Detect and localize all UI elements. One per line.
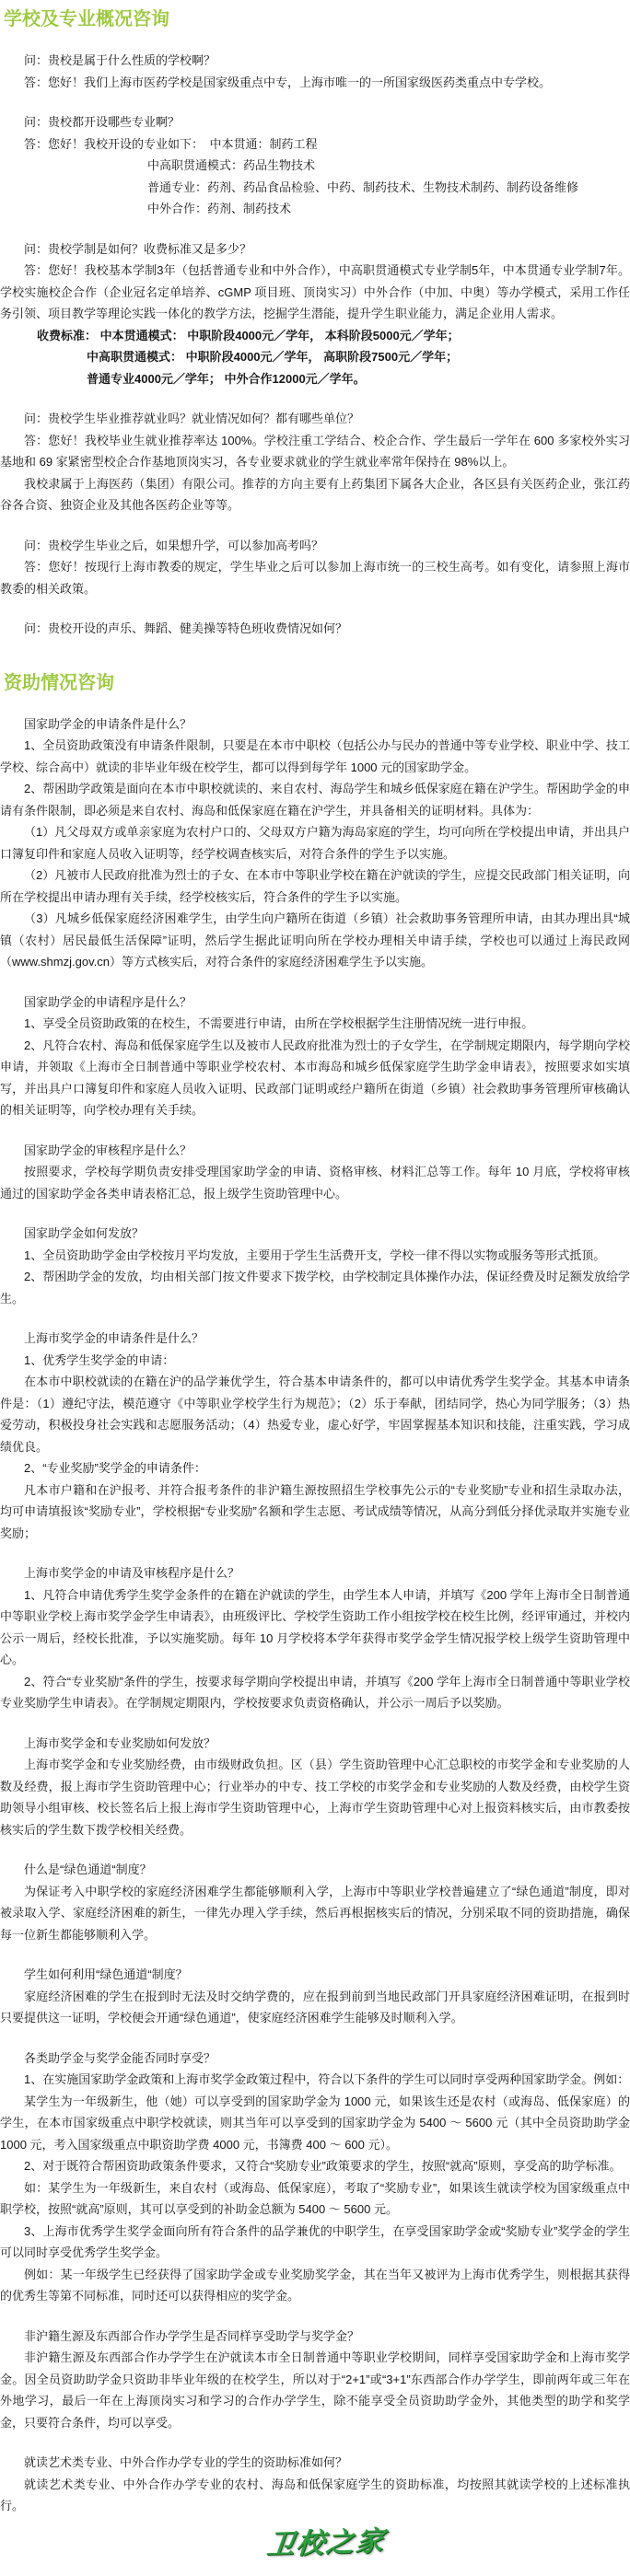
qa-answer-paragraph: （3）凡城乡低保家庭经济困难学生，由学生向户籍所在街道（乡镇）社会救助事务管理所…	[0, 908, 630, 973]
qa-answer-paragraph: 答：您好！我校毕业生就业推荐率达 100%。学校注重工学结合、校企合作、学生最后…	[0, 430, 630, 473]
qa-question: 问：贵校学制是如何？收费标准又是多少？	[0, 238, 630, 261]
qa-answer-paragraph: 在本市中职校就读的在籍在沪的品学兼优学生，符合基本申请条件的，都可以申请优秀学生…	[0, 1371, 630, 1457]
qa-answer-paragraph: 凡本市户籍和在沪报考、并符合报考条件的非沪籍生源按照招生学校事先公示的“专业奖励…	[0, 1479, 630, 1545]
qa-answer-paragraph: 2、帮困助学金的发放，均由相关部门按文件要求下拨学校，由学校制定具体操作办法，保…	[0, 1266, 630, 1309]
qa-answer-paragraph: 1、在实施国家助学金政策和上海市奖学金政策过程中，符合以下条件的学生可以同时享受…	[0, 2069, 630, 2091]
qa-question: 国家助学金的审核程序是什么？	[0, 1140, 630, 1162]
qa-answer-paragraph: 答：您好！我校基本学制3年（包括普通专业和中外合作），中高职贯通模式专业学制5年…	[0, 260, 630, 325]
faq-document: 学校及专业概况咨询问：贵校是属于什么性质的学校啊？答：您好！我们上海市医药学校是…	[0, 0, 630, 2576]
qa-answer-paragraph: 例如：某一年级学生已经获得了国家助学金或专业奖励奖学金，其在当年又被评为上海市优…	[0, 2264, 630, 2307]
sections-root: 学校及专业概况咨询问：贵校是属于什么性质的学校啊？答：您好！我们上海市医药学校是…	[0, 7, 630, 2517]
qa-subline: 中高职贯通模式：药品生物技术	[0, 155, 630, 177]
qa-question: 问：贵校学生毕业之后，如果想升学，可以参加高考吗？	[0, 535, 630, 557]
qa-answer-paragraph: 2、帮困助学政策是面向在本市中职校就读的、来自农村、海岛学生和城乡低保家庭在籍在…	[0, 778, 630, 821]
qa-answer-paragraph: 1、全员资助政策没有申请条件限制，只要是在本市中职校（包括公办与民办的普通中等专…	[0, 735, 630, 778]
qa-answer-paragraph: 2、符合“专业奖励”条件的学生，按要求每学期向学校提出申请，并填写《200 学年…	[0, 1671, 630, 1714]
qa-answer-paragraph: 我校隶属于上海医药（集团）有限公司。推荐的方向主要有上药集团下属各大企业，各区县…	[0, 473, 630, 516]
qa-answer-paragraph: 1、优秀学生奖学金的申请：	[0, 1350, 630, 1372]
qa-question: 上海市奖学金的申请条件是什么？	[0, 1328, 630, 1350]
section-title: 学校及专业概况咨询	[4, 7, 630, 31]
qa-answer-paragraph: 答：您好！我们上海市医药学校是国家级重点中专，上海市唯一的一所国家级医药类重点中…	[0, 72, 630, 94]
qa-answer-paragraph: 3、上海市优秀学生奖学金面向所有符合条件的品学兼优的中职学生，在享受国家助学金或…	[0, 2221, 630, 2264]
qa-answer-paragraph: 答：您好！按现行上海市教委的规定，学生毕业之后可以参加上海市统一的三校生高考。如…	[0, 556, 630, 599]
qa-answer-paragraph: 如：某学生为一年级新生，来自农村（或海岛、低保家庭），考取了“奖励专业”，如果该…	[0, 2177, 630, 2221]
qa-answer-paragraph: 2、凡符合农村、海岛和低保家庭学生以及被市人民政府批准为烈士的子女学生，在学制规…	[0, 1035, 630, 1121]
qa-answer-paragraph: 某学生为一年级新生，他（她）可以享受到的国家助学金为 1000 元，如果该生还是…	[0, 2091, 630, 2156]
qa-question: 什么是“绿色通道“制度？	[0, 1859, 630, 1881]
faq-section: 学校及专业概况咨询问：贵校是属于什么性质的学校啊？答：您好！我们上海市医药学校是…	[0, 7, 630, 640]
qa-answer-paragraph: （2）凡被市人民政府批准为烈士的子女、在本市中等职业学校在籍在沪就读的学生，应提…	[0, 864, 630, 908]
fee-line: 中高职贯通模式： 中职阶段4000元／学年， 高职阶段7500元／学年；	[0, 346, 630, 368]
qa-answer-paragraph: 2、“专业奖励”奖学金的申请条件：	[0, 1457, 630, 1479]
qa-answer-paragraph: 按照要求，学校每学期负责安排受理国家助学金的申请、资格审核、材料汇总等工作。每年…	[0, 1161, 630, 1204]
qa-answer-paragraph: 为保证考入中职学校的家庭经济困难学生都能够顺利入学，上海市中等职业学校普遍建立了…	[0, 1881, 630, 1946]
qa-question: 上海市奖学金的申请及审核程序是什么？	[0, 1562, 630, 1584]
fee-line: 收费标准： 中本贯通模式： 中职阶段4000元／学年， 本科阶段5000元／学年…	[0, 325, 630, 347]
qa-question: 就读艺术类专业、中外合作办学专业的学生的资助标准如何？	[0, 2452, 630, 2474]
qa-question: 上海市奖学金和专业奖励如何发放？	[0, 1733, 630, 1755]
qa-answer-paragraph: 家庭经济困难的学生在报到时无法及时交纳学费的，应在报到前到当地民政部门开具家庭经…	[0, 1986, 630, 2029]
qa-answer-paragraph: 答：您好！我校开设的专业如下： 中本贯通：制药工程	[0, 133, 630, 156]
qa-answer-paragraph: 1、全员资助助学金由学校按月平均发放，主要用于学生生活费开支，学校一律不得以实物…	[0, 1245, 630, 1267]
qa-answer-paragraph: 1、凡符合申请优秀学生奖学金条件的在籍在沪就读的学生，由学生本人申请，并填写《2…	[0, 1584, 630, 1671]
qa-question: 问：贵校开设的声乐、舞蹈、健美操等特色班收费情况如何？	[0, 618, 630, 640]
qa-question: 国家助学金的申请程序是什么？	[0, 992, 630, 1014]
qa-subline: 中外合作：药剂、制药技术	[0, 198, 630, 220]
qa-question: 问：贵校学生毕业推荐就业吗？就业情况如何？都有哪些单位？	[0, 408, 630, 430]
qa-question: 问：贵校是属于什么性质的学校啊？	[0, 50, 630, 72]
qa-answer-paragraph: 就读艺术类专业、中外合作办学专业的农村、海岛和低保家庭学生的资助标准，均按照其就…	[0, 2474, 630, 2517]
qa-question: 问：贵校都开设哪些专业啊？	[0, 111, 630, 133]
watermark: 卫校之家	[265, 2528, 387, 2559]
fee-line: 普通专业4000元／学年； 中外合作12000元／学年。	[0, 368, 630, 390]
qa-subline: 普通专业：药剂、药品食品检验、中药、制药技术、生物技术制药、制药设备维修	[0, 177, 630, 199]
section-title: 资助情况咨询	[4, 671, 630, 695]
qa-question: 国家助学金如何发放？	[0, 1223, 630, 1245]
qa-answer-paragraph: （1）凡父母双方或单亲家庭为农村户口的、父母双方户籍为海岛家庭的学生，均可向所在…	[0, 821, 630, 864]
faq-section: 资助情况咨询国家助学金的申请条件是什么？1、全员资助政策没有申请条件限制，只要是…	[0, 671, 630, 2517]
qa-answer-paragraph: 1、享受全员资助政策的在校生，不需要进行申请，由所在学校根据学生注册情况统一进行…	[0, 1013, 630, 1035]
qa-question: 非沪籍生源及东西部合作办学学生是否同样享受助学与奖学金？	[0, 2326, 630, 2348]
qa-answer-paragraph: 非沪籍生源及东西部合作办学学生在沪就读本市全日制普通中等职业学校期间，同样享受国…	[0, 2347, 630, 2433]
qa-question: 学生如何利用“绿色通道“制度？	[0, 1964, 630, 1986]
qa-question: 各类助学金与奖学金能否同时享受？	[0, 2048, 630, 2070]
qa-answer-paragraph: 2、对于既符合帮困资助政策条件要求，又符合“奖励专业”政策要求的学生，按照“就高…	[0, 2155, 630, 2177]
qa-answer-paragraph: 上海市奖学金和专业奖励经费，由市级财政负担。区（县）学生资助管理中心汇总职校的市…	[0, 1754, 630, 1840]
qa-question: 国家助学金的申请条件是什么？	[0, 714, 630, 736]
